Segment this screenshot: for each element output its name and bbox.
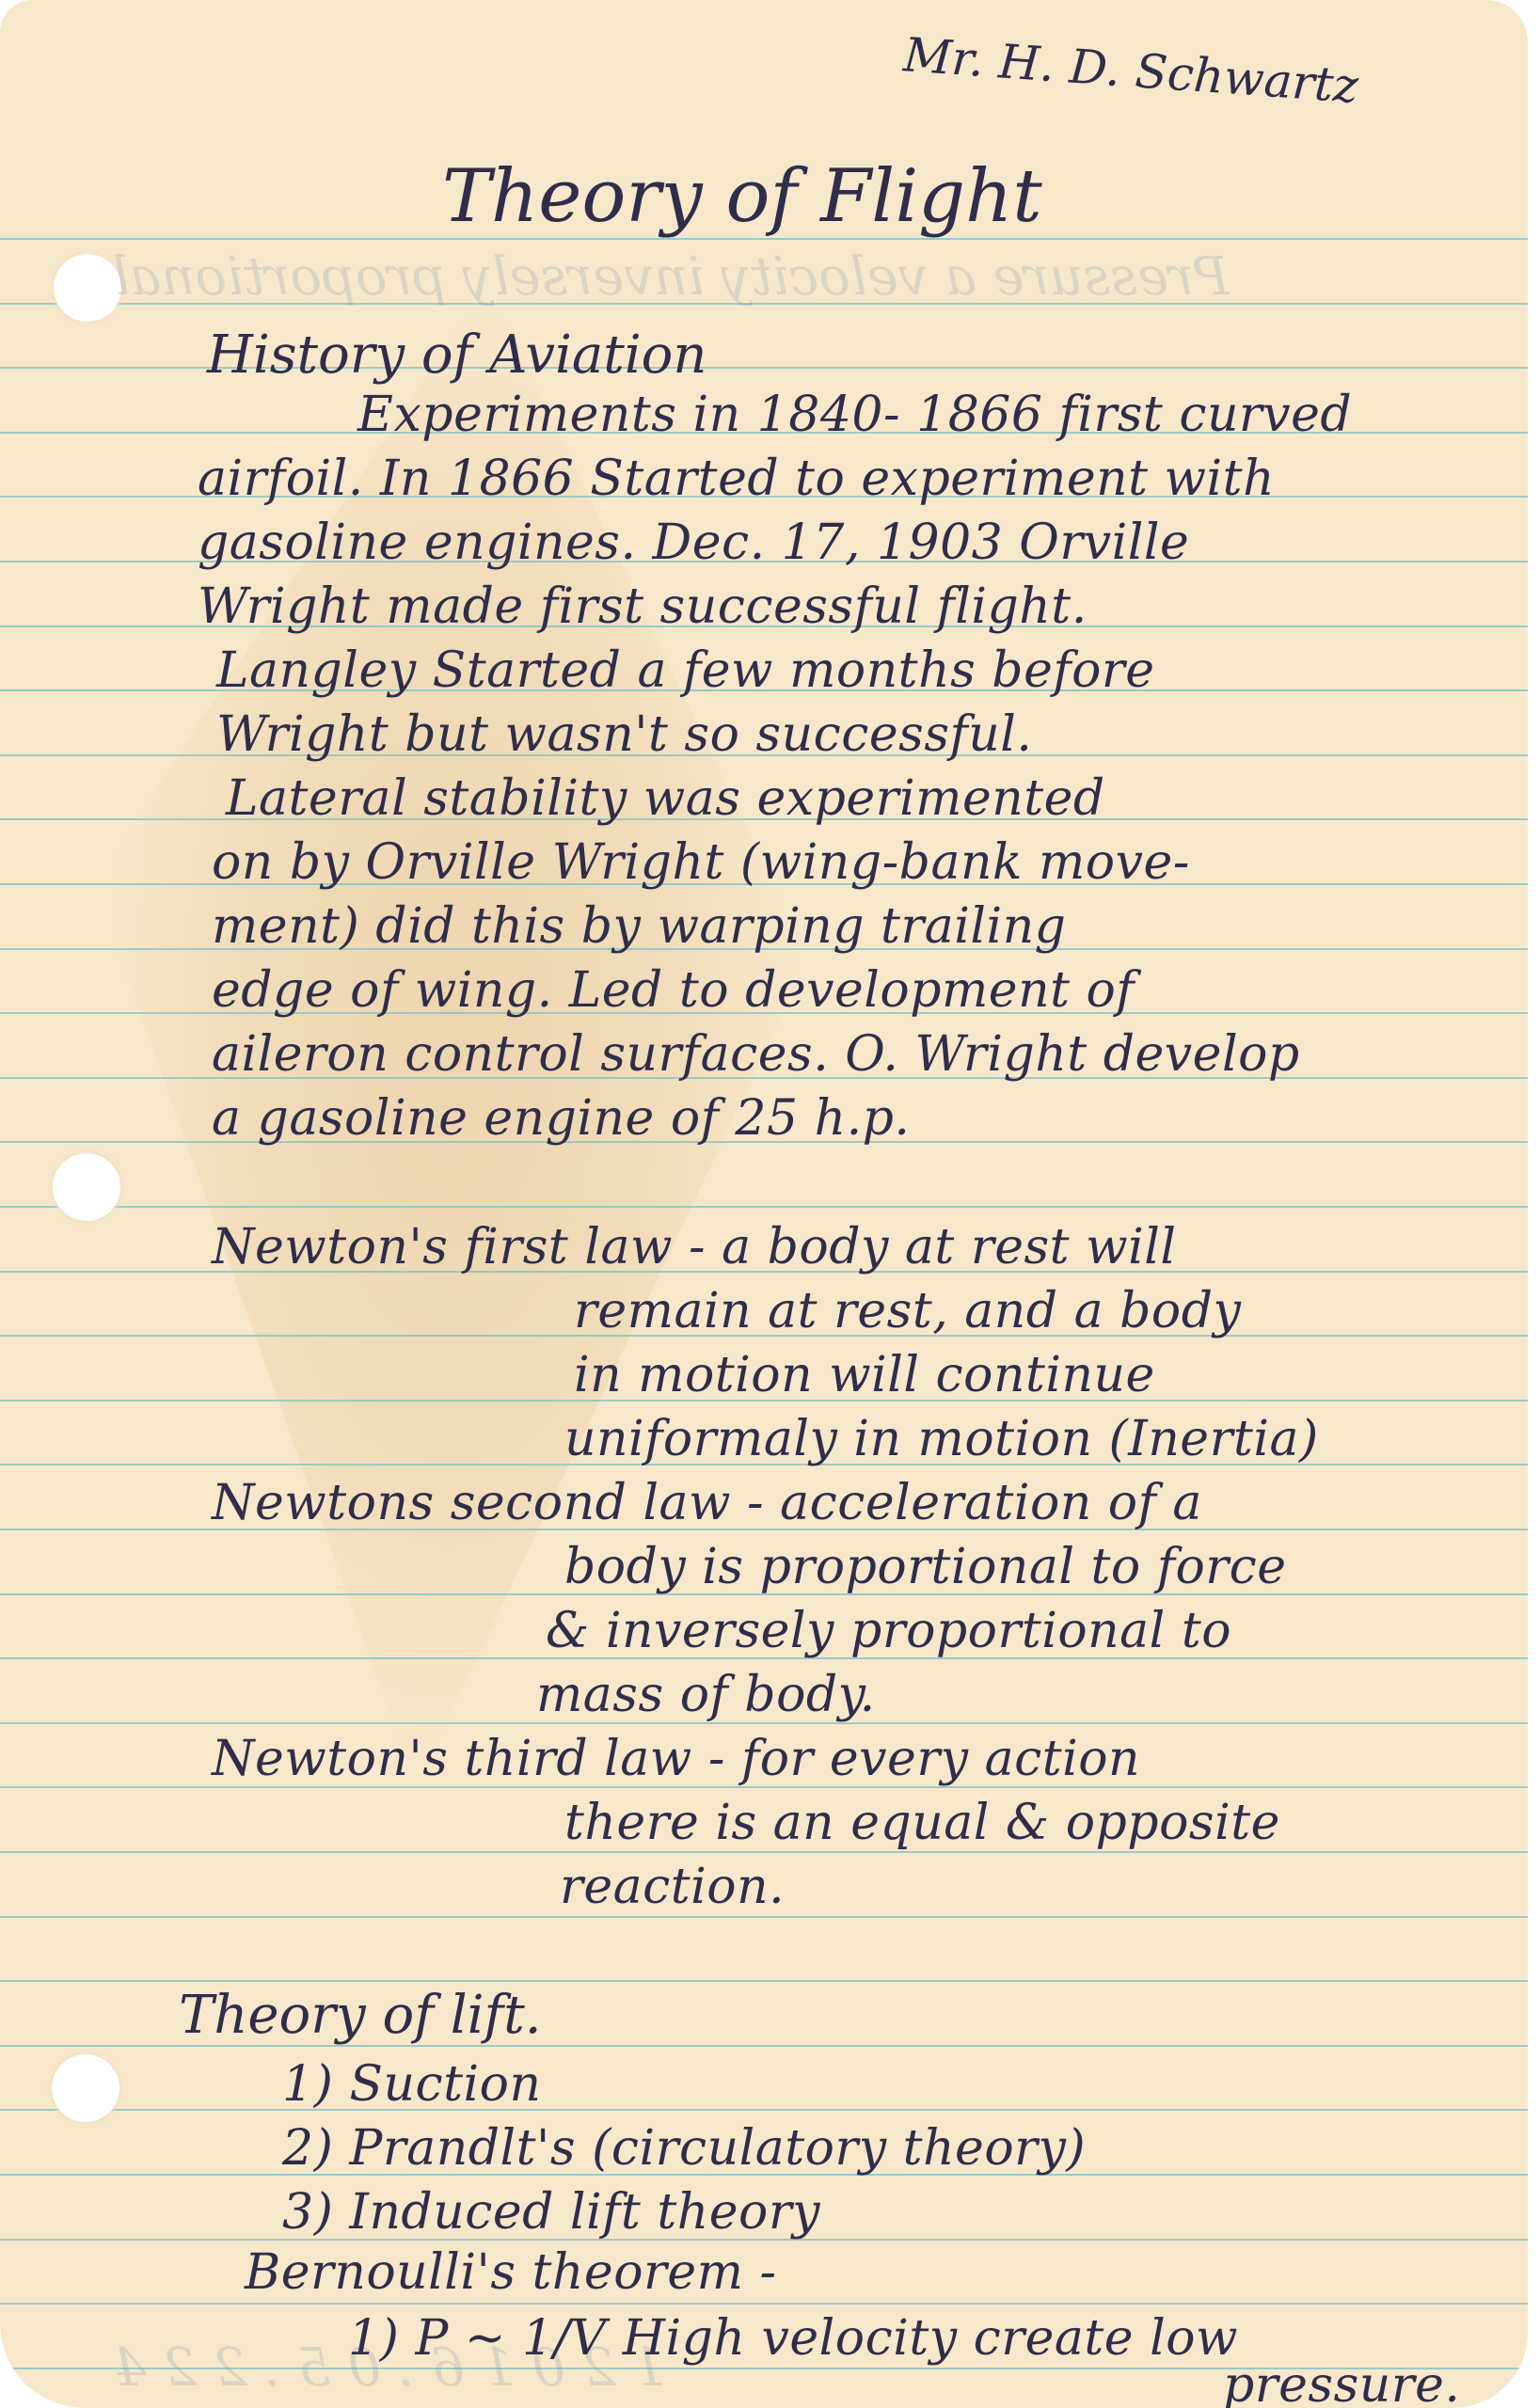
ruled-line (0, 1851, 1528, 1853)
text-line: uniformaly in motion (Inertia) (564, 1415, 1319, 1464)
text-line: ment) did this by warping trailing (212, 902, 1066, 951)
text-line: Newton's first law - a body at rest will (212, 1223, 1177, 1272)
text-line: airfoil. In 1866 Started to experiment w… (198, 454, 1275, 503)
text-line: Wright but wasn't so successful. (216, 710, 1032, 759)
text-line: Newton's third law - for every action (212, 1735, 1140, 1783)
section-heading-theory-of-lift: Theory of lift. (179, 1989, 542, 2042)
list-item: 1) Suction (282, 2060, 541, 2109)
text-line: remain at rest, and a body (574, 1287, 1241, 1336)
subheading-bernoulli: Bernoulli's theorem - (245, 2248, 777, 2297)
notebook-page: Pressure a velocity inversely proportion… (0, 0, 1528, 2408)
text-line: gasoline engines. Dec. 17, 1903 Orville (198, 518, 1189, 567)
bleed-through-text: Pressure a velocity inversely proportion… (113, 246, 1230, 308)
formula-line: 1) P ~ 1/V High velocity create low (348, 2314, 1238, 2363)
text-line: body is proportional to force (564, 1543, 1287, 1592)
text-line: Wright made first successful flight. (198, 582, 1088, 631)
list-item: 3) Induced lift theory (282, 2188, 820, 2237)
punch-hole-bottom (52, 2054, 119, 2122)
text-line: edge of wing. Led to development of (212, 966, 1135, 1015)
text-line: there is an equal & opposite (564, 1798, 1280, 1847)
text-line: in motion will continue (574, 1351, 1155, 1400)
text-line: pressure. (1223, 2361, 1460, 2408)
text-line: reaction. (560, 1862, 785, 1911)
page-title: Theory of Flight (442, 160, 1042, 233)
text-line: Newtons second law - acceleration of a (212, 1479, 1202, 1528)
ruled-line (0, 1916, 1528, 1918)
ruled-line (0, 1980, 1528, 1982)
text-line: on by Orville Wright (wing-bank move- (212, 838, 1190, 887)
text-line: aileron control surfaces. O. Wright deve… (212, 1030, 1300, 1079)
punch-hole-top (54, 254, 121, 322)
text-line: Lateral stability was experimented (226, 774, 1105, 823)
ruled-line (0, 2109, 1528, 2111)
ruled-line (0, 2303, 1528, 2305)
text-line: Experiments in 1840- 1866 first curved (357, 390, 1352, 439)
text-line: Langley Started a few months before (216, 646, 1155, 695)
section-heading-history: History of Aviation (207, 329, 706, 382)
text-line: mass of body. (536, 1671, 876, 1719)
text-line: a gasoline engine of 25 h.p. (212, 1094, 910, 1143)
list-item: 2) Prandlt's (circulatory theory) (282, 2124, 1086, 2173)
punch-hole-middle (53, 1153, 120, 1221)
author-name: Mr. H. D. Schwartz (902, 31, 1360, 110)
ruled-line (0, 1206, 1528, 1208)
text-line: & inversely proportional to (546, 1607, 1231, 1655)
